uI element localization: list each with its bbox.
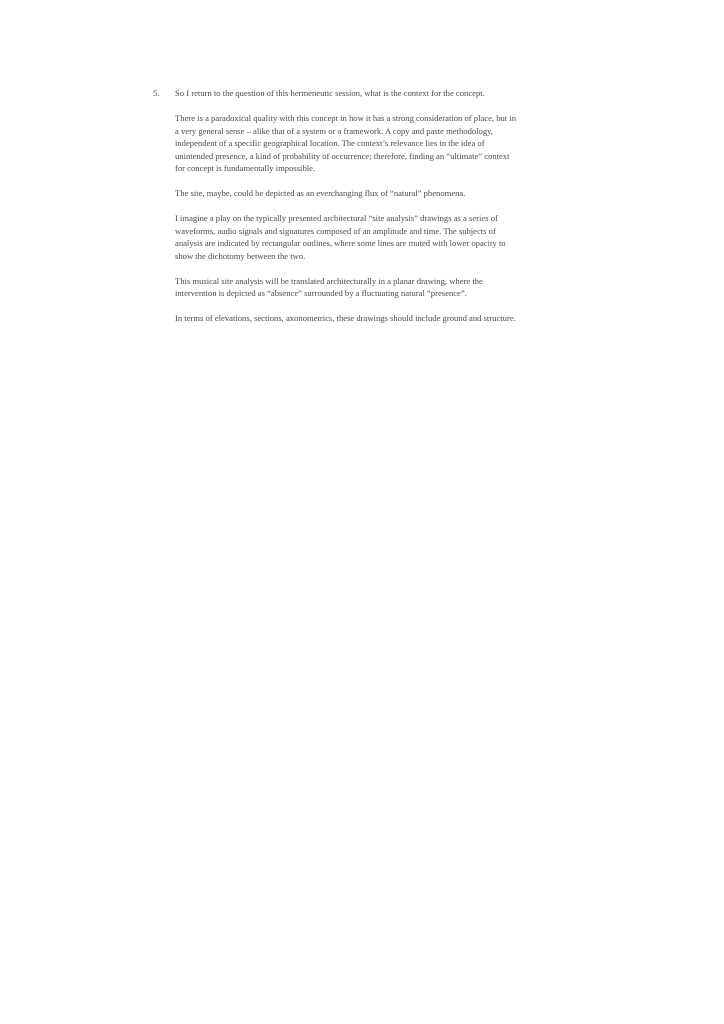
item-body: So I return to the question of this herm… bbox=[175, 87, 555, 337]
paragraph-question: So I return to the question of this herm… bbox=[175, 87, 555, 100]
text-line: independent of a specific geographical l… bbox=[175, 137, 555, 150]
text-line: This musical site analysis will be trans… bbox=[175, 275, 555, 288]
text-line: intervention is depicted as “absence” su… bbox=[175, 287, 555, 300]
text-line: show the dichotomy between the two. bbox=[175, 250, 555, 263]
text-line: analysis are indicated by rectangular ou… bbox=[175, 237, 555, 250]
document-page: 5. So I return to the question of this h… bbox=[0, 0, 724, 1024]
text-line: waveforms, audio signals and signatures … bbox=[175, 225, 555, 238]
paragraph-musical-analysis: This musical site analysis will be trans… bbox=[175, 275, 555, 300]
text-line: a very general sense – alike that of a s… bbox=[175, 125, 555, 138]
text-line: So I return to the question of this herm… bbox=[175, 87, 555, 100]
paragraph-waveforms: I imagine a play on the typically presen… bbox=[175, 212, 555, 262]
text-line: The site, maybe, could be depicted as an… bbox=[175, 187, 555, 200]
text-line: unintended presence, a kind of probabili… bbox=[175, 150, 555, 163]
item-number: 5. bbox=[153, 87, 159, 100]
text-line: for concept is fundamentally impossible. bbox=[175, 162, 555, 175]
text-line: There is a paradoxical quality with this… bbox=[175, 112, 555, 125]
paragraph-elevations: In terms of elevations, sections, axonom… bbox=[175, 312, 555, 325]
paragraph-paradox: There is a paradoxical quality with this… bbox=[175, 112, 555, 175]
text-line: I imagine a play on the typically presen… bbox=[175, 212, 555, 225]
text-line: In terms of elevations, sections, axonom… bbox=[175, 312, 555, 325]
paragraph-site: The site, maybe, could be depicted as an… bbox=[175, 187, 555, 200]
